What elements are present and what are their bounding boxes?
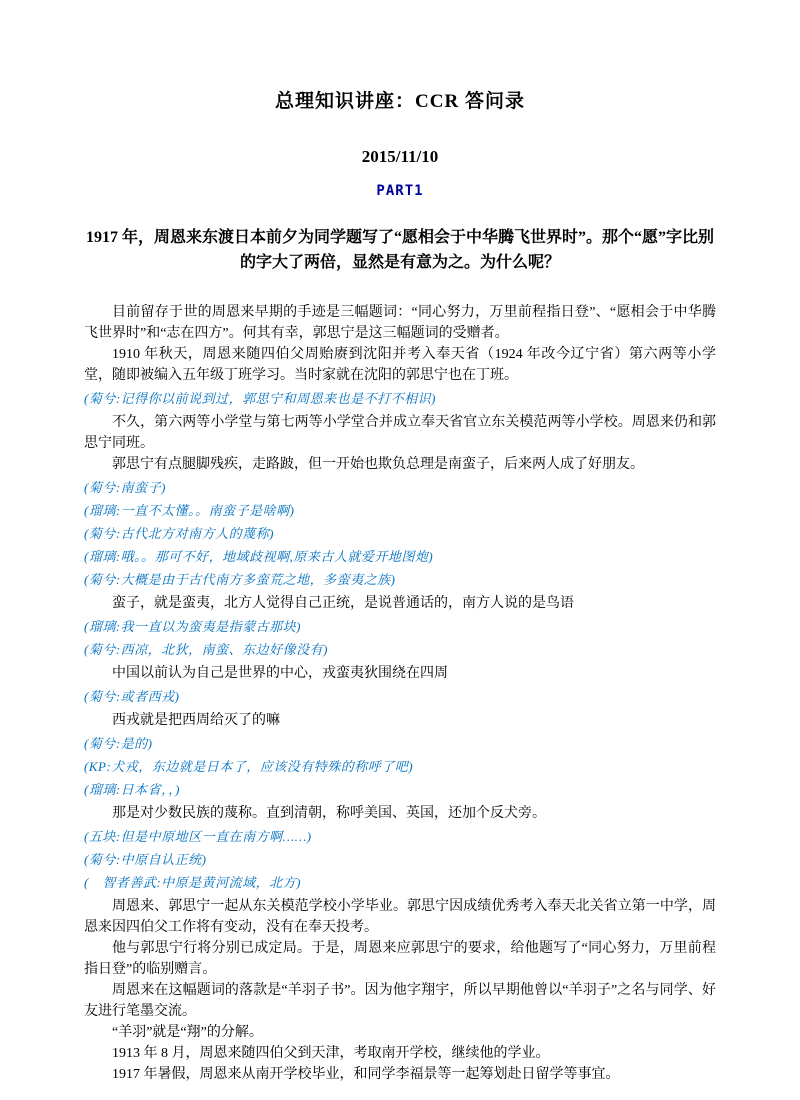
chat-comment: (KP:犬戎，东边就是日本了，应该没有特殊的称呼了吧)	[84, 757, 716, 777]
chat-comment: (瑠璃:一直不太懂。。南蛮子是啥啊)	[84, 501, 716, 521]
paragraph: 西戎就是把西周给灭了的嘛	[84, 710, 716, 731]
paragraph: 1913 年 8 月，周恩来随四伯父到天津，考取南开学校，继续他的学业。	[84, 1043, 716, 1064]
chat-comment: (瑠璃:哦。。那可不好，地域歧视啊,原来古人就爱开地图炮)	[84, 547, 716, 567]
page-title: 总理知识讲座：CCR 答问录	[84, 86, 716, 113]
chat-comment: (菊兮:或者西戎)	[84, 687, 716, 707]
paragraph: “羊羽”就是“翔”的分解。	[84, 1022, 716, 1043]
paragraph: 郭思宁有点腿脚残疾，走路跛，但一开始也欺负总理是南蛮子，后来两人成了好朋友。	[84, 454, 716, 475]
chat-comment: (瑠璃:日本省，，)	[84, 780, 716, 800]
chat-comment: (菊兮:古代北方对南方人的蔑称)	[84, 524, 716, 544]
chat-comment: (五块:但是中原地区一直在南方啊……)	[84, 827, 716, 847]
paragraph: 蛮子，就是蛮夷，北方人觉得自己正统，是说普通话的，南方人说的是鸟语	[84, 593, 716, 614]
part-label: PART1	[84, 183, 716, 199]
document-body: 目前留存于世的周恩来早期的手迹是三幅题词：“同心努力，万里前程指日登”、“愿相会…	[84, 302, 716, 1085]
chat-comment: (菊兮:记得你以前说到过，郭思宁和周恩来也是不打不相识)	[84, 389, 716, 409]
paragraph: 那是对少数民族的蔑称。直到清朝，称呼美国、英国，还加个反犬旁。	[84, 803, 716, 824]
paragraph: 周恩来、郭思宁一起从东关模范学校小学毕业。郭思宁因成绩优秀考入奉天北关省立第一中…	[84, 896, 716, 938]
paragraph: 周恩来在这幅题词的落款是“羊羽子书”。因为他字翔宇，所以早期他曾以“羊羽子”之名…	[84, 980, 716, 1022]
paragraph: 1917 年暑假，周恩来从南开学校毕业，和同学李福景等一起筹划赴日留学等事宜。	[84, 1064, 716, 1085]
chat-comment: (菊兮:中原自认正统)	[84, 850, 716, 870]
chat-comment: (菊兮:是的)	[84, 734, 716, 754]
paragraph: 目前留存于世的周恩来早期的手迹是三幅题词：“同心努力，万里前程指日登”、“愿相会…	[84, 302, 716, 344]
paragraph: 1910 年秋天，周恩来随四伯父周贻赓到沈阳并考入奉天省（1924 年改今辽宁省…	[84, 344, 716, 386]
paragraph: 他与郭思宁行将分别已成定局。于是，周恩来应郭思宁的要求，给他题写了“同心努力，万…	[84, 938, 716, 980]
chat-comment: (菊兮:西凉，北狄，南蛮、东边好像没有)	[84, 640, 716, 660]
chat-comment: (瑠璃:我一直以为蛮夷是指蒙古那块)	[84, 617, 716, 637]
paragraph: 不久，第六两等小学堂与第七两等小学堂合并成立奉天省官立东关模范两等小学校。周恩来…	[84, 412, 716, 454]
paragraph: 中国以前认为自己是世界的中心，戎蛮夷狄围绕在四周	[84, 663, 716, 684]
chat-comment: ( 智者善武:中原是黄河流域，北方)	[84, 873, 716, 893]
question-heading: 1917 年，周恩来东渡日本前夕为同学题写了“愿相会于中华腾飞世界时”。那个“愿…	[84, 225, 716, 275]
document-date: 2015/11/10	[84, 147, 716, 167]
chat-comment: (菊兮:大概是由于古代南方多蛮荒之地，多蛮夷之族)	[84, 570, 716, 590]
document-page: 总理知识讲座：CCR 答问录 2015/11/10 PART1 1917 年，周…	[0, 0, 800, 1100]
chat-comment: (菊兮:南蛮子)	[84, 478, 716, 498]
